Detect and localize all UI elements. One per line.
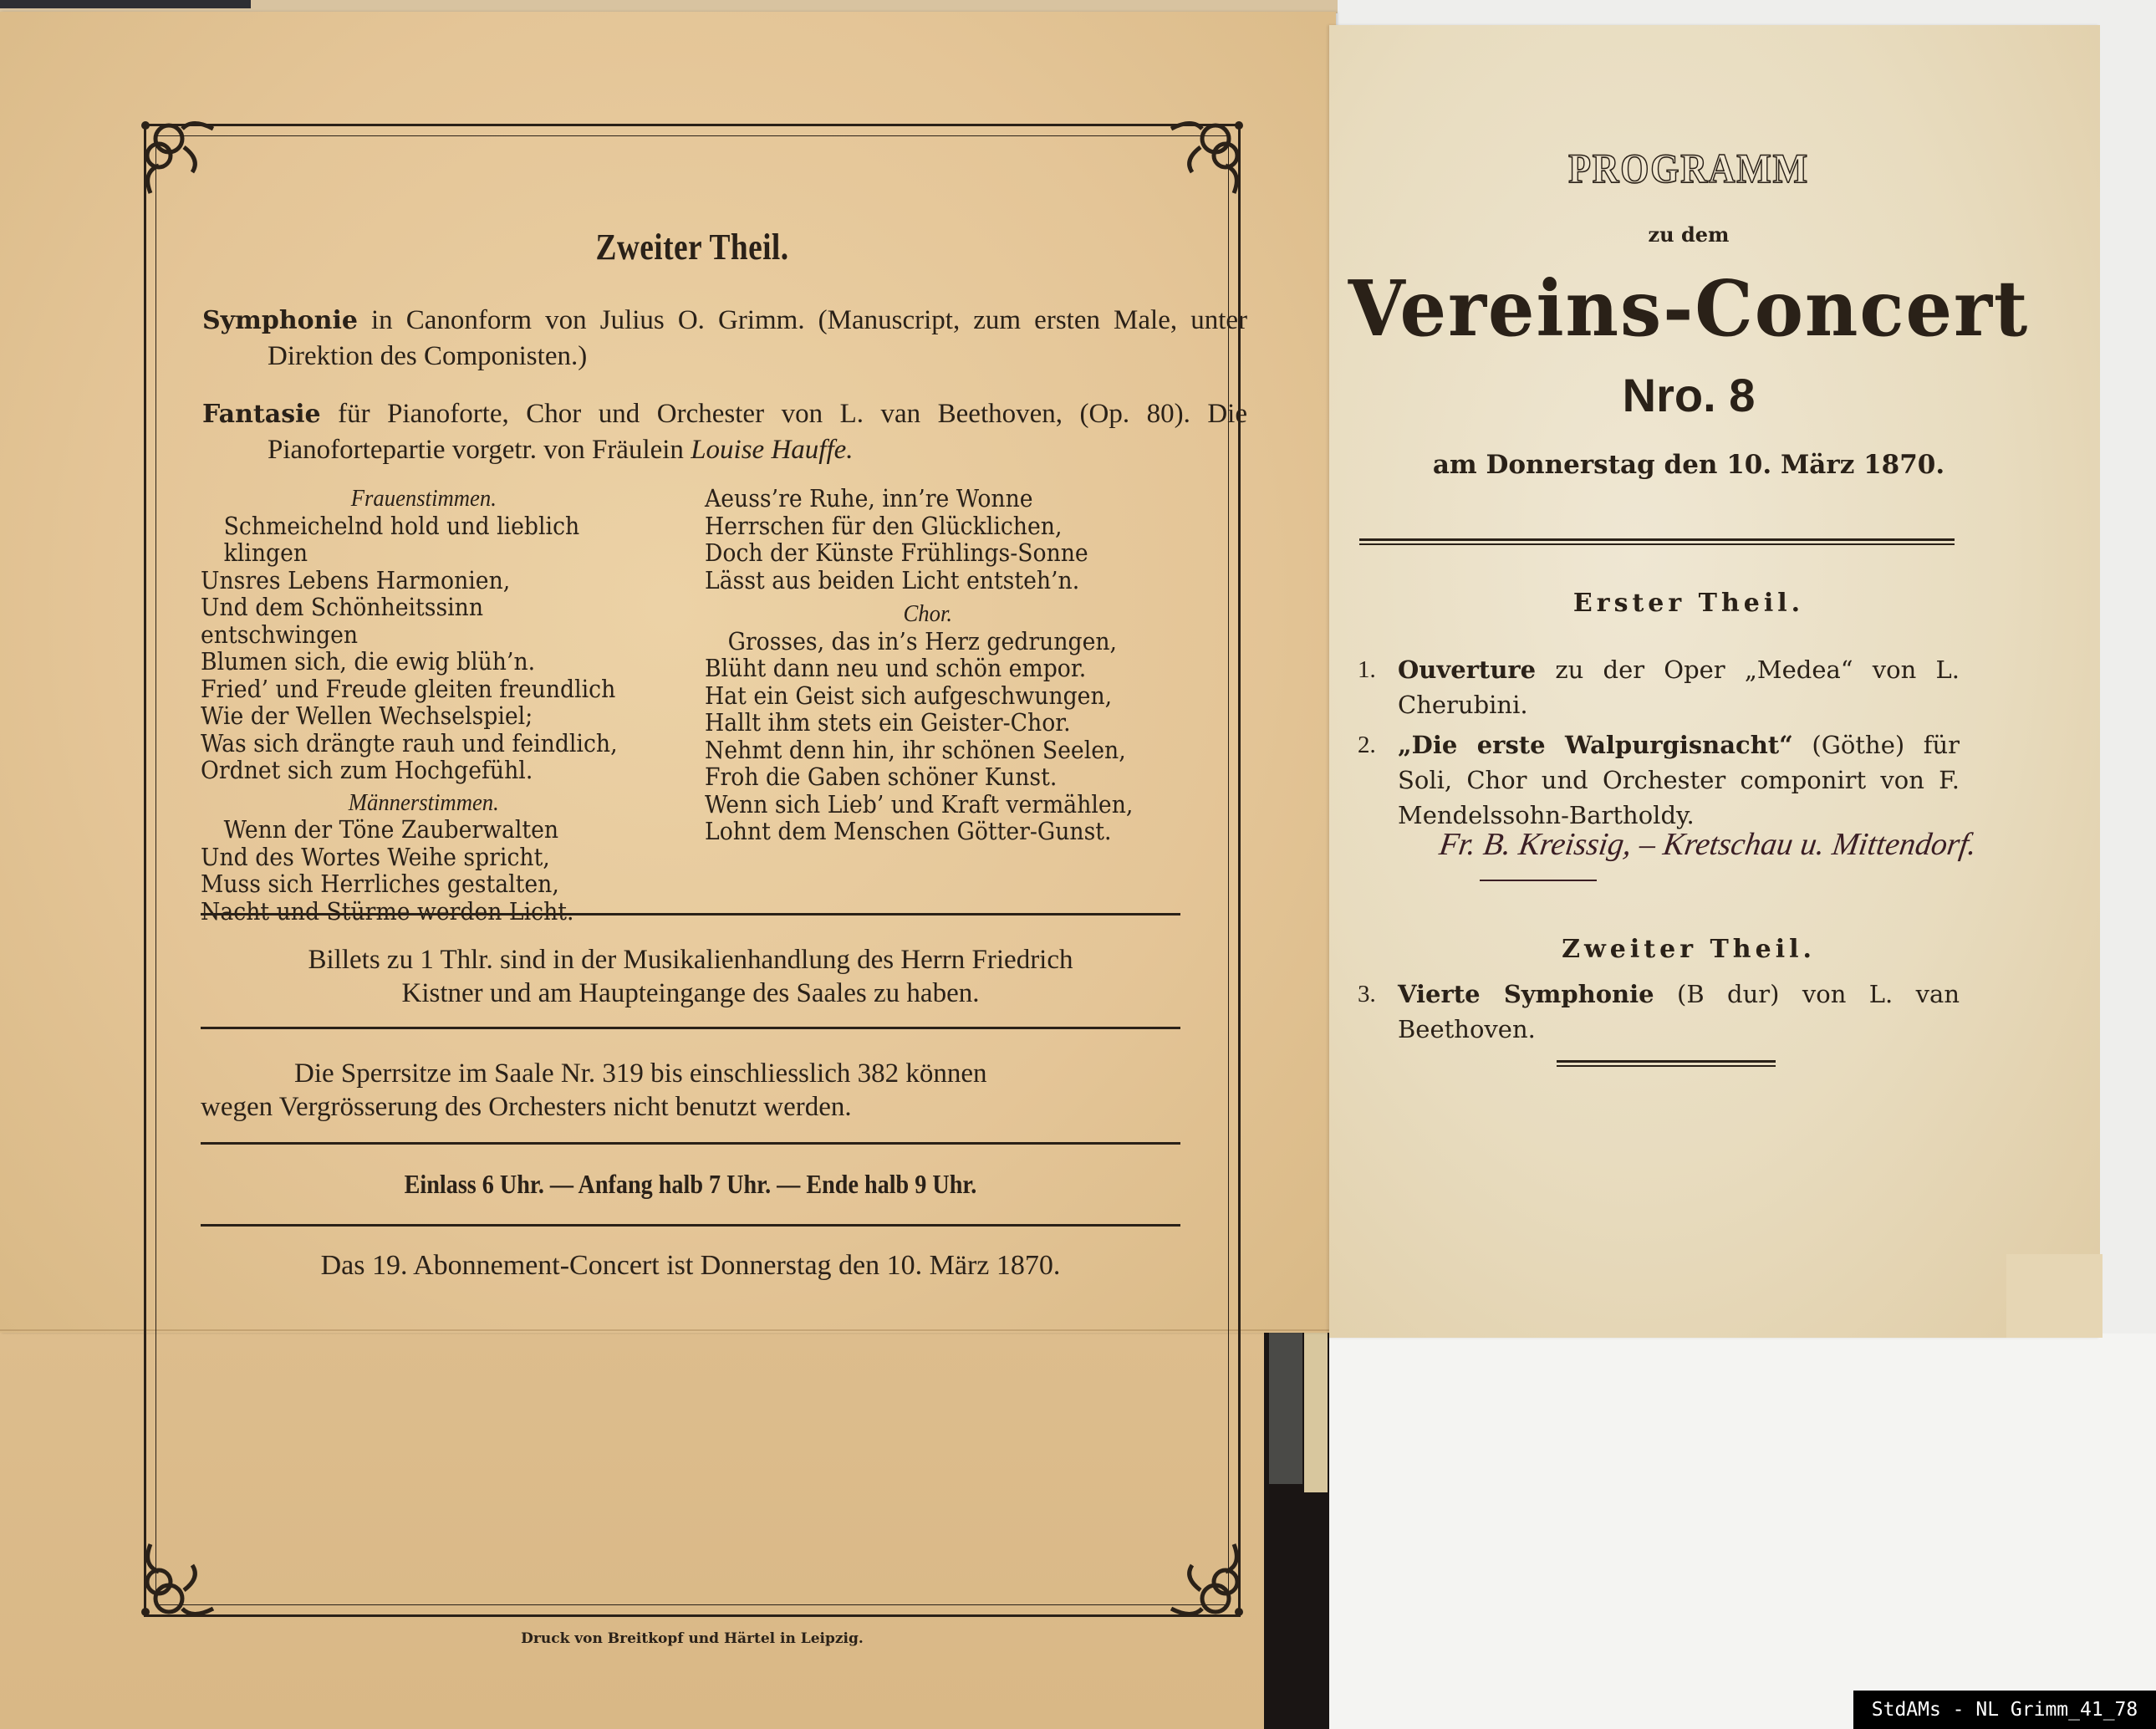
program-heading: PROGRAMM (1373, 144, 2006, 192)
binding-edge (0, 0, 251, 8)
scanner-background (1329, 1334, 2156, 1729)
item-number: 2. (1358, 727, 1376, 762)
item-number: 1. (1358, 652, 1376, 687)
verse-line: Und des Wortes Weihe spricht, (201, 844, 647, 871)
work-description: in Canonform von Julius O. Grimm. (Manus… (268, 305, 1247, 371)
verse-line: Hallt ihm stets ein Geister-Chor. (705, 709, 1151, 737)
item-work: Ouverture (1398, 655, 1536, 684)
verse-line: Fried’ und Freude gleiten freundlich (201, 676, 647, 703)
ticket-notice: Billets zu 1 Thlr. sind in der Musikalie… (201, 943, 1180, 1010)
work-title: Fantasie (202, 400, 321, 429)
program-entry-symphonie: Symphonie in Canonform von Julius O. Gri… (202, 303, 1247, 374)
verse-line: Blumen sich, die ewig blüh’n. (201, 648, 647, 676)
verse-heading: Frauenstimmen. (201, 485, 647, 513)
verse-line: Hat ein Geist sich aufgeschwungen, (705, 682, 1151, 710)
verse-line: Nacht und Stürme werden Licht. (201, 898, 647, 926)
printer-imprint: Druck von Breitkopf und Härtel in Leipzi… (0, 1630, 1384, 1647)
section-title: Zweiter Theil. (104, 226, 1281, 268)
performer-name: Louise Hauffe. (691, 435, 853, 465)
verse-line: Muss sich Herrliches gestalten, (201, 870, 647, 898)
verse-line: Wenn der Töne Zauberwalten (201, 816, 647, 844)
verse-line: Aeuss’re Ruhe, inn’re Wonne (705, 485, 1151, 513)
double-rule (1359, 538, 1955, 545)
item-work: Vierte Symphonie (1398, 980, 1654, 1008)
part-two-heading: Zweiter Theil. (1329, 935, 2048, 964)
right-sheet-edge (2006, 1254, 2102, 1338)
item-number: 3. (1358, 977, 1376, 1012)
verse-line: Ordnet sich zum Hochgefühl. (201, 757, 647, 784)
verse-column-right: Aeuss’re Ruhe, inn’re Wonne Herrschen fü… (705, 485, 1151, 845)
double-rule (1557, 1060, 1776, 1067)
concert-number: Nro. 8 (1329, 368, 2048, 422)
verse-line: Nehmt denn hin, ihr schönen Seelen, (705, 737, 1151, 764)
verse-line: Grosses, das in’s Herz gedrungen, (705, 628, 1151, 655)
verse-line: Schmeichelnd hold und lieblich klingen (201, 513, 647, 567)
corner-ornament-icon (134, 1532, 226, 1624)
archive-signature-label: StdAMs - NL Grimm_41_78 (1853, 1691, 2156, 1729)
verse-line: Herrschen für den Glücklichen, (705, 513, 1151, 540)
verse-heading: Männerstimmen. (201, 789, 647, 817)
verse-heading: Chor. (705, 600, 1151, 628)
verse-line: Wie der Wellen Wechselspiel; (201, 702, 647, 730)
seating-notice-line: Die Sperrsitze im Saale Nr. 319 bis eins… (201, 1057, 1180, 1090)
program-item: 1. Ouverture zu der Oper „Medea“ von L. … (1358, 652, 1960, 722)
binding-tape (1304, 1325, 1328, 1492)
program-item: 3. Vierte Symphonie (B dur) von L. van B… (1358, 977, 1960, 1047)
verse-line: Lässt aus beiden Licht entsteh’n. (705, 567, 1151, 594)
corner-ornament-icon (1159, 1532, 1251, 1624)
program-subtitle: zu dem (1329, 222, 2048, 247)
part-one-heading: Erster Theil. (1329, 589, 2048, 618)
divider-rule (201, 1142, 1180, 1145)
verse-column-left: Frauenstimmen. Schmeichelnd hold und lie… (201, 485, 647, 925)
verse-line: Blüht dann neu und schön empor. (705, 655, 1151, 682)
program-item: 2. „Die erste Walpurgisnacht“ (Göthe) fü… (1358, 727, 1960, 833)
verse-line: Und dem Schönheitssinn entschwingen (201, 594, 647, 648)
program-entry-fantasie: Fantasie für Pianoforte, Chor und Orches… (202, 396, 1247, 467)
divider-rule (201, 913, 1180, 916)
concert-name: Vereins-Concert (1348, 263, 2031, 354)
seating-notice-line: wegen Vergrösserung des Orchesters nicht… (201, 1090, 1180, 1124)
ticket-notice-line: Billets zu 1 Thlr. sind in der Musikalie… (201, 943, 1180, 977)
verse-line: Wenn sich Lieb’ und Kraft vermählen, (705, 791, 1151, 819)
verse-line: Froh die Gaben schöner Kunst. (705, 763, 1151, 791)
verse-line: Lohnt dem Menschen Götter-Gunst. (705, 818, 1151, 845)
divider-rule (201, 1027, 1180, 1029)
verse-line: Unsres Lebens Harmonien, (201, 567, 647, 594)
item-work: „Die erste Walpurgisnacht“ (1398, 731, 1793, 759)
divider-rule (201, 1224, 1180, 1227)
admission-times: Einlass 6 Uhr. — Anfang halb 7 Uhr. — En… (259, 1167, 1121, 1201)
work-title: Symphonie (202, 306, 358, 335)
binding-cloth (1269, 1325, 1302, 1484)
verse-line: Doch der Künste Frühlings-Sonne (705, 539, 1151, 567)
corner-ornament-icon (1159, 114, 1251, 206)
corner-ornament-icon (134, 114, 226, 206)
ticket-notice-line: Kistner und am Haupteingange des Saales … (201, 977, 1180, 1010)
verse-line: Was sich drängte rauh und feindlich, (201, 730, 647, 757)
seating-notice: Die Sperrsitze im Saale Nr. 319 bis eins… (201, 1057, 1180, 1124)
book-binding-spine (1262, 1325, 1329, 1729)
handwritten-annotation: Fr. B. Kreissig, – Kretschau u. Mittendo… (1437, 826, 2011, 863)
handwritten-underline (1480, 880, 1597, 881)
concert-date: am Donnerstag den 10. März 1870. (1329, 450, 2048, 480)
subscription-concert-notice: Das 19. Abonnement-Concert ist Donnersta… (201, 1249, 1180, 1283)
